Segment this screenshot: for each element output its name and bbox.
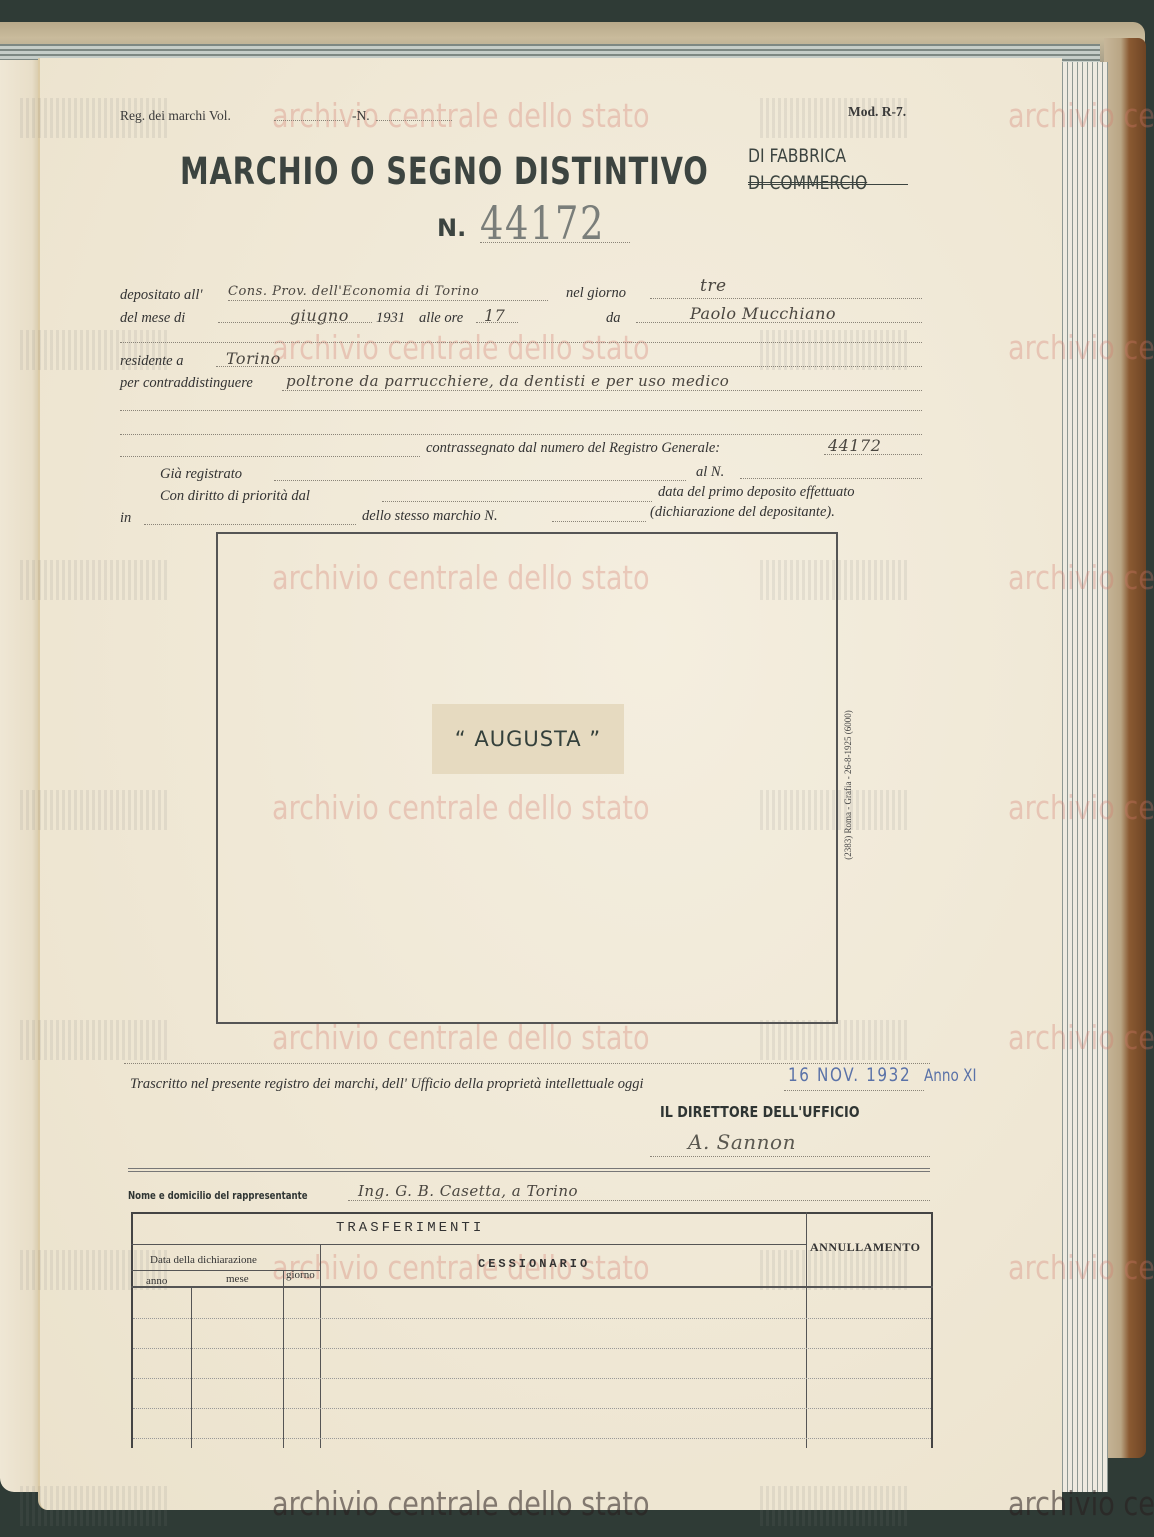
page-edges-right bbox=[1058, 62, 1108, 1492]
section-divider bbox=[128, 1168, 930, 1172]
table-rule bbox=[320, 1244, 321, 1448]
contraddistinguere-label: per contraddistinguere bbox=[120, 375, 253, 392]
register-number-label: -N. bbox=[352, 108, 370, 124]
field-line bbox=[120, 456, 420, 457]
field-line bbox=[120, 410, 922, 411]
table-rule bbox=[806, 1212, 807, 1448]
al-n-label: al N. bbox=[696, 464, 724, 481]
column-cessionario: CESSIONARIO bbox=[478, 1257, 590, 1271]
field-line bbox=[216, 366, 922, 367]
signature-line bbox=[650, 1156, 930, 1157]
transcription-label: Trascritto nel presente registro dei mar… bbox=[130, 1076, 644, 1093]
field-line bbox=[552, 521, 646, 522]
mese-label: del mese di bbox=[120, 310, 185, 327]
register-volume-label: Reg. dei marchi Vol. bbox=[120, 108, 231, 124]
number-underline bbox=[480, 242, 630, 243]
field-line bbox=[476, 322, 518, 323]
transfers-title: TRASFERIMENTI bbox=[336, 1220, 484, 1236]
field-line bbox=[382, 501, 652, 502]
strike-line bbox=[748, 184, 908, 185]
field-line bbox=[218, 322, 372, 323]
priorita-label: Con diritto di priorità dal bbox=[160, 488, 310, 505]
trademark-image-box bbox=[216, 532, 838, 1024]
field-line bbox=[144, 524, 356, 525]
volume-field bbox=[274, 120, 344, 121]
table-rule bbox=[131, 1244, 807, 1245]
table-row bbox=[133, 1438, 931, 1439]
giorno-label: nel giorno bbox=[566, 285, 626, 302]
gia-registrato-label: Già registrato bbox=[160, 466, 242, 483]
table-row bbox=[133, 1408, 931, 1409]
field-line bbox=[228, 300, 548, 301]
registro-value: 44172 bbox=[828, 436, 881, 455]
printer-note: (2383) Roma - Grafia - 26-8-1925 (6000) bbox=[843, 685, 853, 885]
director-signature: A. Sannon bbox=[688, 1130, 796, 1154]
depositato-label: depositato all' bbox=[120, 287, 202, 304]
representative-label: Nome e domicilio del rappresentante bbox=[128, 1189, 308, 1202]
column-annullamento: ANNULLAMENTO bbox=[810, 1240, 920, 1255]
column-mese: mese bbox=[226, 1273, 249, 1285]
da-label: da bbox=[606, 310, 621, 327]
residente-label: residente a bbox=[120, 353, 184, 370]
depositato-value: Cons. Prov. dell'Economia di Torino bbox=[228, 284, 479, 299]
register-number-field bbox=[376, 120, 452, 121]
table-rule bbox=[191, 1288, 192, 1448]
document-title: MARCHIO O SEGNO DISTINTIVO bbox=[180, 150, 709, 193]
giorno-value: tre bbox=[700, 276, 727, 296]
field-line bbox=[824, 454, 922, 455]
product-description: poltrone da parrucchiere, da dentisti e … bbox=[286, 372, 729, 390]
column-giorno: giorno bbox=[286, 1269, 315, 1281]
left-page-edge bbox=[0, 60, 40, 1492]
field-line bbox=[740, 478, 922, 479]
table-rule bbox=[283, 1270, 284, 1448]
number-label: N. bbox=[437, 214, 466, 242]
ore-label: alle ore bbox=[419, 310, 463, 327]
transcription-date-stamp: 16 NOV. 1932 bbox=[788, 1064, 911, 1086]
field-line bbox=[636, 322, 922, 323]
type-fabbrica: DI FABBRICA bbox=[748, 145, 846, 167]
registro-label: contrassegnato dal numero del Registro G… bbox=[426, 440, 720, 457]
field-line bbox=[120, 342, 922, 343]
table-row bbox=[133, 1318, 931, 1319]
primo-deposito-label: data del primo deposito effettuato bbox=[658, 484, 855, 501]
model-code: Mod. R-7. bbox=[848, 104, 906, 120]
field-line bbox=[348, 1200, 930, 1201]
date-group-label: Data della dichiarazione bbox=[150, 1254, 257, 1266]
table-header-rule bbox=[131, 1286, 933, 1288]
trademark-label-slip: “ AUGUSTA ” bbox=[432, 704, 624, 774]
field-line bbox=[282, 390, 922, 391]
director-label: IL DIRETTORE DELL'UFFICIO bbox=[660, 1103, 860, 1121]
dichiarazione-label: (dichiarazione del depositante). bbox=[650, 504, 835, 521]
trademark-name: “ AUGUSTA ” bbox=[455, 727, 601, 751]
stesso-marchio-label: dello stesso marchio N. bbox=[362, 508, 498, 525]
field-line bbox=[120, 434, 922, 435]
field-line bbox=[274, 480, 686, 481]
field-line bbox=[784, 1090, 924, 1091]
field-line bbox=[650, 298, 922, 299]
table-row bbox=[133, 1348, 931, 1349]
anno-stamp: Anno XI bbox=[924, 1066, 977, 1086]
in-label: in bbox=[120, 510, 131, 527]
type-commercio-struck: DI COMMERCIO bbox=[748, 172, 867, 194]
anno-value: 1931 bbox=[376, 310, 405, 327]
representative-value: Ing. G. B. Casetta, a Torino bbox=[358, 1182, 578, 1200]
book-spine-right bbox=[1104, 38, 1146, 1458]
da-value: Paolo Mucchiano bbox=[690, 304, 836, 323]
table-row bbox=[133, 1378, 931, 1379]
